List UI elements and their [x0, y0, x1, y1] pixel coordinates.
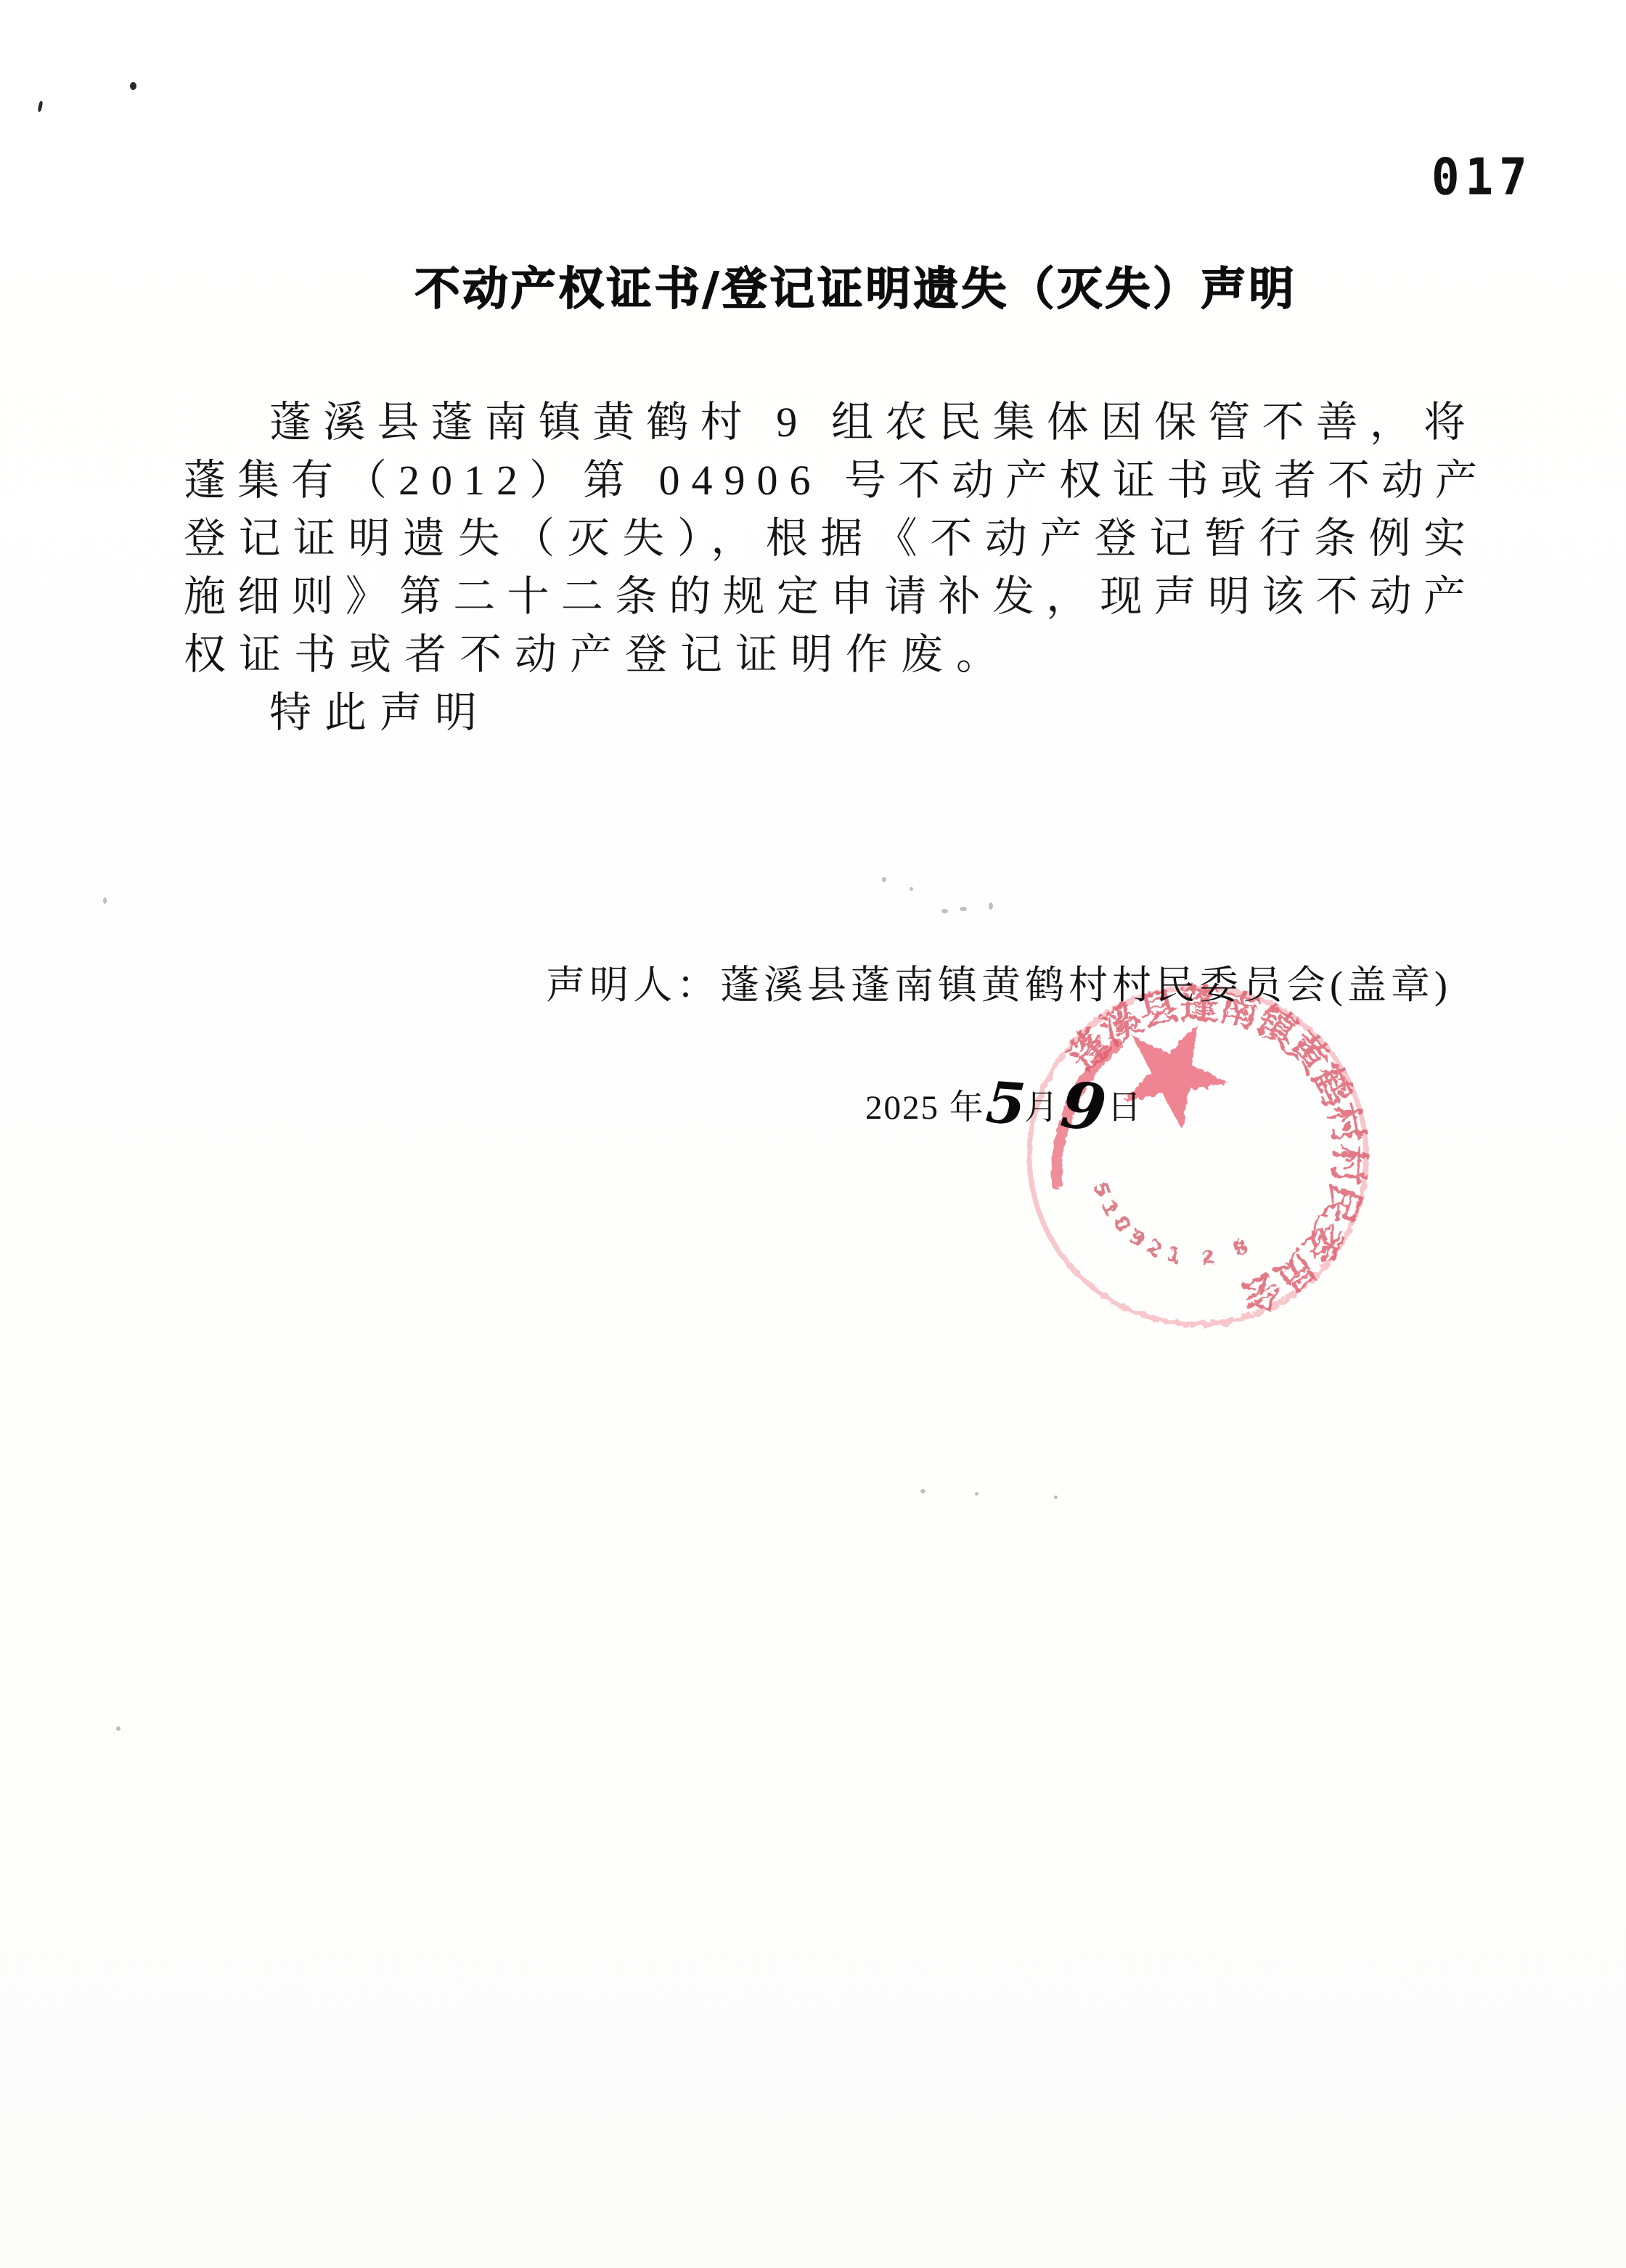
scan-speck	[975, 1492, 979, 1496]
scan-speck	[37, 101, 43, 113]
scan-speck	[116, 1726, 120, 1731]
seal-ring-text: 蓬溪县蓬南镇黄鹤村村民委员会	[1005, 967, 1397, 1344]
page-number-stamp: 017	[1431, 149, 1533, 207]
official-seal: 蓬溪县蓬南镇黄鹤村村民委员会 510921 2 818	[1005, 967, 1397, 1359]
scanned-declaration-page: 017 不动产权证书/登记证明遗失（灭失）声明 蓬溪县蓬南镇黄鹤村 9 组农民集…	[0, 0, 1626, 2268]
scan-speck	[960, 907, 967, 911]
body-line: 登记证明遗失（灭失），根据《不动产登记暂行条例实	[184, 510, 1477, 568]
date-year: 2025 年	[865, 1089, 985, 1127]
scan-speck	[910, 887, 913, 891]
body-line: 蓬集有（2012）第 04906 号不动产权证书或者不动产	[184, 452, 1477, 510]
scan-speck	[920, 1489, 926, 1493]
body-line: 蓬溪县蓬南镇黄鹤村 9 组农民集体因保管不善，将	[184, 393, 1477, 452]
scan-speck	[989, 902, 993, 910]
scan-speck	[1054, 1496, 1058, 1499]
document-title: 不动产权证书/登记证明遗失（灭失）声明	[0, 253, 1626, 317]
scan-speck	[882, 877, 886, 882]
body-line: 施细则》第二十二条的规定申请补发，现声明该不动产	[184, 568, 1477, 626]
scan-speck	[130, 82, 136, 90]
body-line: 权证书或者不动产登记证明作废。	[184, 626, 1477, 684]
closing-line: 特此声明	[184, 684, 1477, 742]
scan-speck	[941, 909, 948, 913]
scan-speck	[103, 897, 107, 904]
body-paragraph: 蓬溪县蓬南镇黄鹤村 9 组农民集体因保管不善，将 蓬集有（2012）第 0490…	[184, 393, 1477, 742]
svg-text:蓬溪县蓬南镇黄鹤村村民委员会: 蓬溪县蓬南镇黄鹤村村民委员会	[1005, 967, 1397, 1344]
